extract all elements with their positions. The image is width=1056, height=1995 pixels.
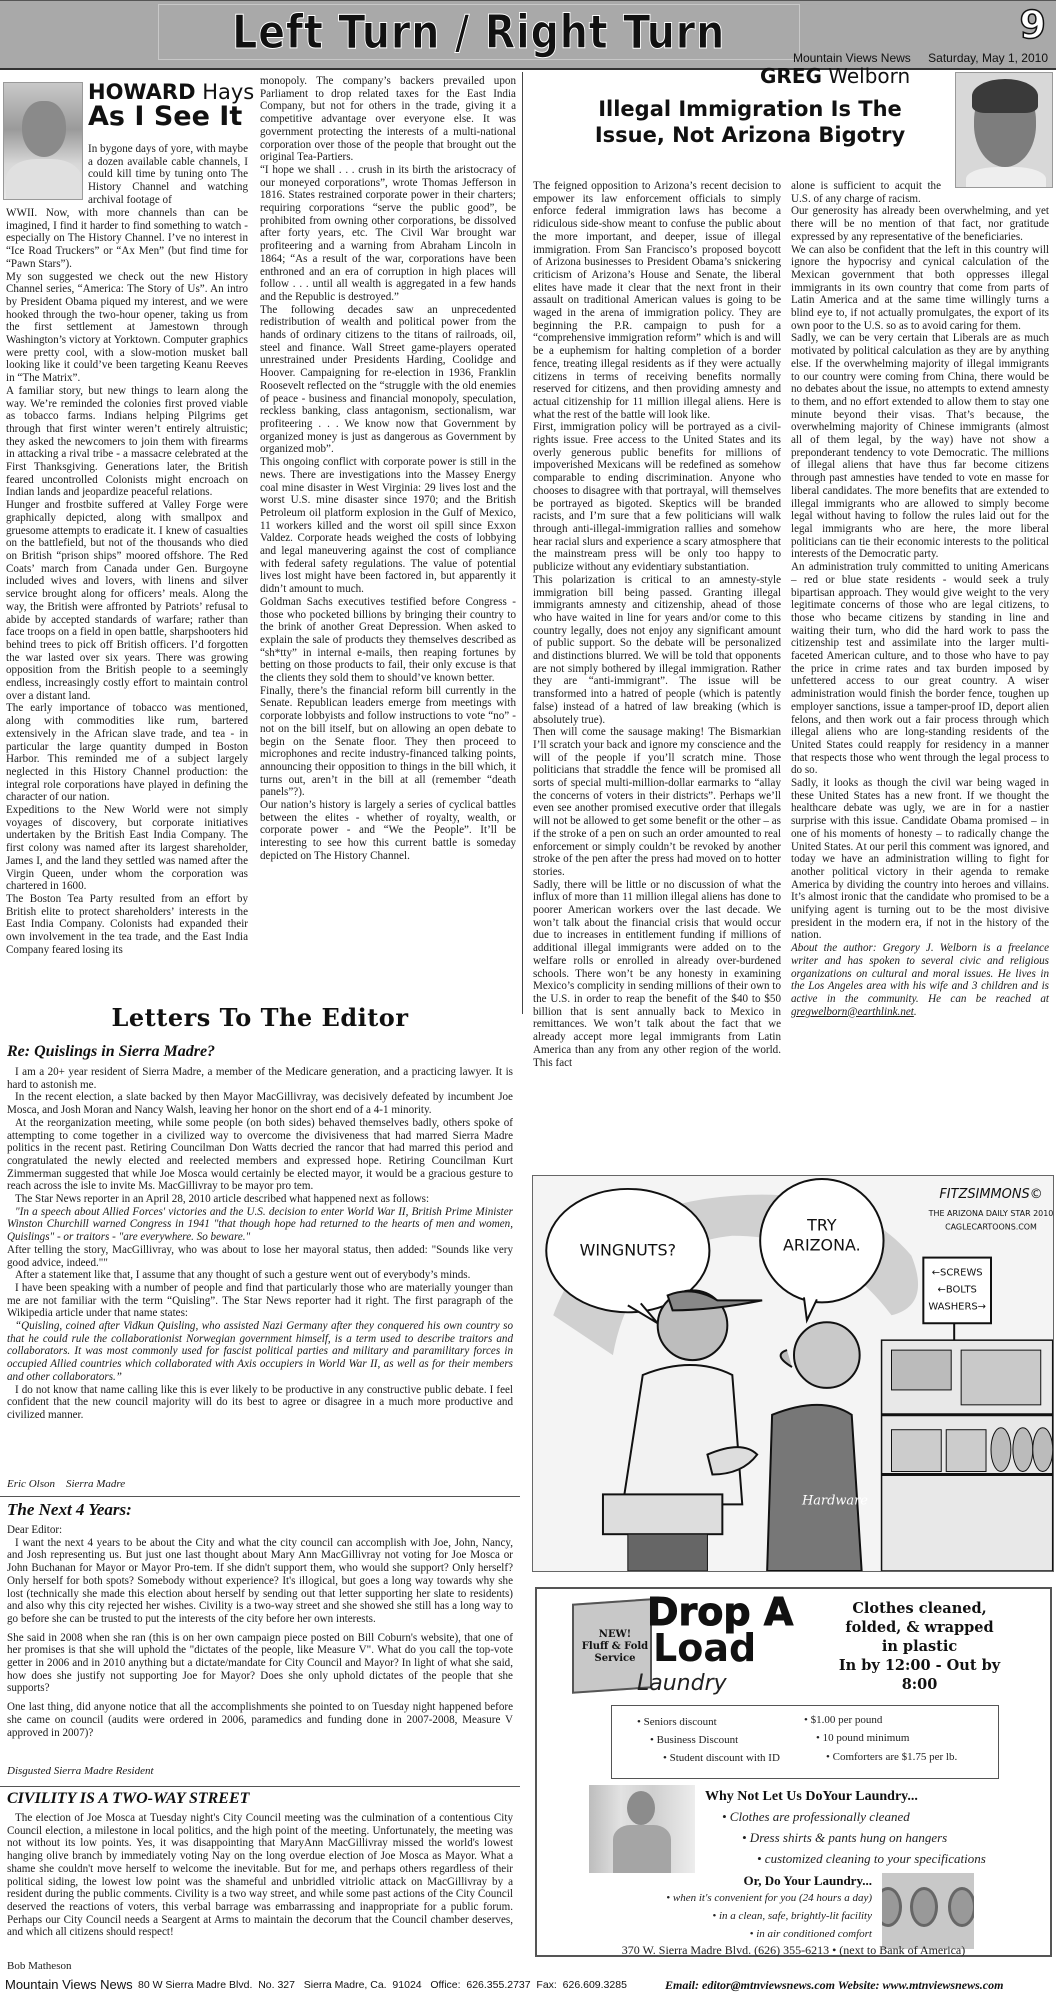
discount-item: • Student discount with ID [663,1752,780,1764]
hays-column-1: WWII. Now, with more channels than can b… [6,207,248,956]
paragraph: I have been speaking with a number of pe… [7,1282,513,1320]
pricing-item: • $1.00 per pound [804,1714,882,1726]
paragraph: Our nation’s history is largely a series… [260,799,516,863]
greg-welborn-photo [955,72,1053,188]
paragraph: The following decades saw an unprecedent… [260,304,516,456]
svg-text:CAGLECARTOONS.COM: CAGLECARTOONS.COM [945,1223,1037,1232]
paragraph: Finally, there’s the financial reform bi… [260,685,516,799]
hays-column-2: monopoly. The company’s backers prevaile… [260,75,516,863]
or-item: • when it's convenient for you (24 hours… [666,1892,872,1904]
masthead: Left Turn / Right Turn 9 Mountain Views … [0,0,1056,70]
welborn-first-name: GREG [760,64,822,88]
quote: "In a speech about Allied Forces' victor… [7,1206,513,1244]
paragraph: My son suggested we check out the new Hi… [6,271,248,385]
letter-2-title: The Next 4 Years: [7,1500,132,1520]
photo-hair-shape [972,79,1038,113]
paragraph: In the recent election, a slate backed b… [7,1091,513,1116]
washer-door-shape [948,1887,974,1927]
welborn-column-1: The feigned opposition to Arizona’s rece… [533,180,781,1069]
woman-photo [589,1785,695,1873]
paragraph: One last thing, did anyone notice that a… [7,1701,513,1739]
letter-2-body: Dear Editor: I want the next 4 years to … [7,1524,513,1739]
letter-divider [0,1786,520,1787]
photo-body-shape [6,159,82,200]
paragraph: This ongoing conflict with corporate pow… [260,456,516,596]
paragraph: alone is sufficient to acquit the U.S. o… [791,180,941,205]
logo-laundry-text: Laundry [637,1671,727,1696]
paragraph: First, immigration policy will be portra… [533,421,781,573]
section-title: Left Turn / Right Turn [233,5,726,59]
footer-brand: Mountain Views News [5,1977,133,1992]
pricing-item: • Comforters are $1.75 per lb. [826,1751,957,1763]
welborn-last-name: Welborn [828,64,910,88]
photo-dress-shape [613,1825,671,1873]
why-item: • Dress shirts & pants hung on hangers [742,1830,947,1846]
about-author-text: About the author: Gregory J. Welborn is … [791,942,1049,1005]
headline-line: 8:00 [812,1675,1027,1694]
pricing-box: • Seniors discount • Business Discount •… [611,1705,999,1779]
or-item: • in air conditioned comfort [750,1928,872,1940]
letter-1-body: I am a 20+ year resident of Sierra Madre… [7,1066,513,1422]
paragraph: The Star News reporter in an April 28, 2… [7,1193,513,1206]
headline-line: Clothes cleaned, [812,1599,1027,1618]
photo-head-shape [22,101,66,157]
welborn-column-2: alone is sufficient to acquit the U.S. o… [791,180,1049,1018]
paragraph: Sadly, we can be very certain that Liber… [791,332,1049,561]
paragraph: Hunger and frostbite suffered at Valley … [6,499,248,702]
washer-door-shape [910,1887,938,1927]
photo-face-shape [627,1791,655,1825]
hays-column-title: As I See It [88,101,242,132]
howard-hays-photo [3,82,83,200]
letter-3-body: The election of Joe Mosca at Tuesday nig… [7,1812,513,1939]
pricing-item: • 10 pound minimum [816,1732,909,1744]
paragraph: The Boston Tea Party resulted from an ef… [6,893,248,957]
paragraph: Then will come the sausage making! The B… [533,726,781,878]
svg-text:THE ARIZONA DAILY STAR 2010: THE ARIZONA DAILY STAR 2010 [928,1209,1053,1218]
paragraph: We can also be confident that the left i… [791,244,1049,333]
editorial-cartoon: WINGNUTS? TRY ARIZONA. FITZSIMMONS© THE … [532,1175,1054,1572]
washing-machines-photo [882,1873,974,1949]
author-email-link[interactable]: gregwelborn@earthlink.net [791,1006,914,1018]
or-item: • in a clean, safe, brightly-lit facilit… [712,1910,872,1922]
footer-address: 80 W Sierra Madre Blvd. No. 327 Sierra M… [138,1979,627,1991]
paragraph: Goldman Sachs executives testified befor… [260,596,516,685]
paragraph: The feigned opposition to Arizona’s rece… [533,180,781,421]
paragraph: At the reorganization meeting, while som… [7,1117,513,1193]
paragraph: A familiar story, but new things to lear… [6,385,248,499]
page-number: 9 [1020,3,1046,47]
paragraph: WWII. Now, with more channels than can b… [6,207,248,271]
paragraph: I do not know that name calling like thi… [7,1384,513,1422]
paragraph: monopoly. The company’s backers prevaile… [260,75,516,164]
letter-1-signature: Eric Olson Sierra Madre [7,1478,125,1490]
paragraph: I want the next 4 years to be about the … [7,1537,513,1626]
headline-line: In by 12:00 - Out by [812,1656,1027,1675]
letter-2-signature: Disgusted Sierra Madre Resident [7,1765,154,1777]
welborn-byline: GREG Welborn [760,64,910,88]
paragraph: An administration truly committed to uni… [791,561,1049,777]
punctuation: . [914,1006,917,1018]
quote: “Quisling, coined after Vidkun Quisling,… [7,1320,513,1384]
letter-3-signature: Bob Matheson [7,1960,71,1972]
column-divider [522,72,523,1014]
svg-text:WASHERS→: WASHERS→ [928,1301,986,1312]
section-title-box: Left Turn / Right Turn [158,4,800,60]
publication-date: Saturday, May 1, 2010 [928,51,1048,65]
discount-item: • Seniors discount [637,1716,717,1728]
publication-line: Mountain Views News Saturday, May 1, 201… [779,51,1048,65]
why-item: • customized cleaning to your specificat… [757,1851,986,1867]
letter-3-title: CIVILITY IS A TWO-WAY STREET [7,1790,249,1808]
badge-line: Service [573,1653,657,1665]
svg-text:Hardware: Hardware [801,1493,868,1508]
paragraph: The election of Joe Mosca at Tuesday nig… [7,1812,513,1939]
paragraph: Sadly, there will be little or no discus… [533,879,781,1070]
paragraph: In bygone days of yore, with maybe a doz… [88,143,248,207]
paragraph: This polarization is critical to an amne… [533,574,781,726]
headline-line: in plastic [812,1637,1027,1656]
badge-line: NEW! [573,1629,657,1641]
letter-1-title: Re: Quislings in Sierra Madre? [7,1043,215,1061]
paragraph: After telling the story, MacGillivray, w… [7,1244,513,1269]
badge-line: Fluff & Fold [573,1641,657,1653]
washer-door-shape [882,1887,902,1927]
headline-line: folded, & wrapped [812,1618,1027,1637]
or-title: Or, Do Your Laundry... [727,1873,872,1889]
letter-divider [0,1496,520,1497]
letters-section-title: Letters To The Editor [0,1003,520,1032]
paragraph: She said in 2008 when she ran (this is o… [7,1632,513,1696]
welborn-headline: Illegal Immigration Is The Issue, Not Ar… [560,96,940,148]
paragraph: Sadly, it looks as though the civil war … [791,777,1049,942]
cartoon-bubble-left: WINGNUTS? [580,1241,676,1260]
page-footer: Mountain Views News 80 W Sierra Madre Bl… [0,1974,1056,1995]
why-title: Why Not Let Us DoYour Laundry... [705,1789,918,1805]
paragraph: I am a 20+ year resident of Sierra Madre… [7,1066,513,1091]
paragraph: After a statement like that, I assume th… [7,1269,513,1282]
salutation: Dear Editor: [7,1524,513,1537]
svg-text:←BOLTS: ←BOLTS [937,1284,976,1295]
paragraph: The early importance of tobacco was ment… [6,702,248,804]
paragraph: “I hope we shall . . . crush in its birt… [260,164,516,304]
svg-text:←SCREWS: ←SCREWS [932,1267,983,1278]
footer-contact[interactable]: Email: editor@mtnviewsnews.com Website: … [665,1978,1003,1993]
svg-text:FITZSIMMONS©: FITZSIMMONS© [939,1187,1042,1202]
fluff-fold-badge: NEW! Fluff & Fold Service [573,1629,657,1665]
svg-text:TRY: TRY [806,1216,837,1235]
hays-lead-paragraph: In bygone days of yore, with maybe a doz… [88,143,248,207]
discount-item: • Business Discount [650,1734,738,1746]
publication-name: Mountain Views News [793,51,911,65]
svg-text:ARIZONA.: ARIZONA. [783,1236,861,1255]
ad-headline: Clothes cleaned, folded, & wrapped in pl… [812,1599,1027,1694]
about-author: About the author: Gregory J. Welborn is … [791,942,1049,1018]
paragraph: Our generosity has already been overwhel… [791,205,1049,243]
drop-a-load-laundry-ad: NEW! Fluff & Fold Service Drop A Load La… [535,1587,1052,1957]
why-item: • Clothes are professionally cleaned [722,1809,910,1825]
ad-address: 370 W. Sierra Madre Blvd. (626) 355-6213… [537,1943,1050,1958]
logo-load-text: Load [653,1629,756,1667]
paragraph: Expeditions to the New World were not si… [6,804,248,893]
